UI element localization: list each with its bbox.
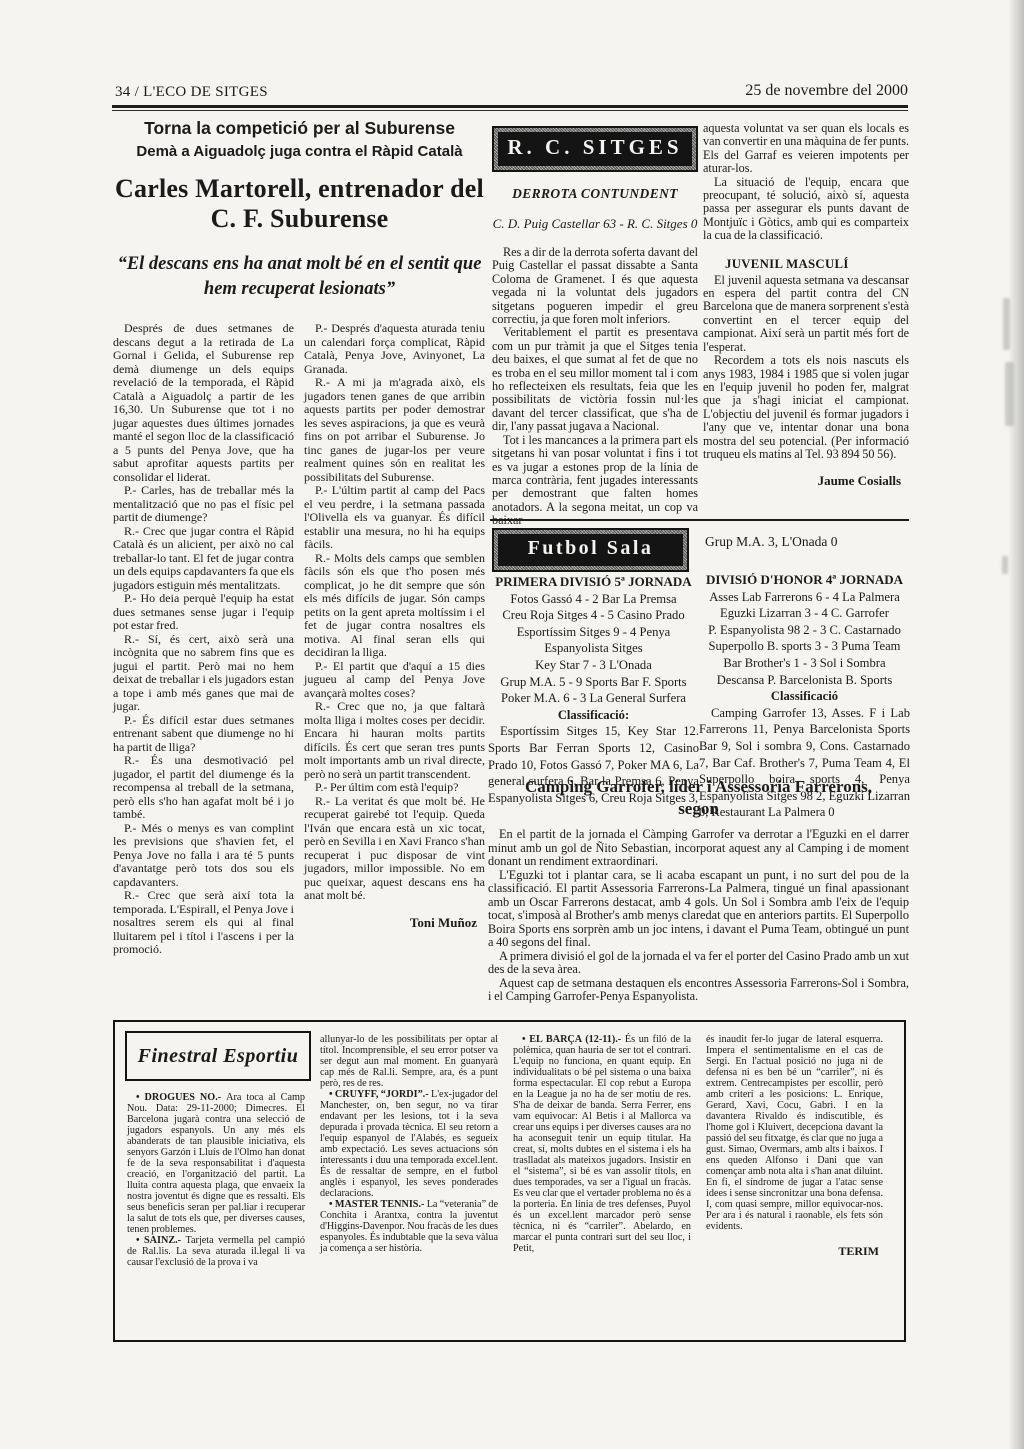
interview-col-2: P.- Després d'aquesta aturada teniu un c… — [304, 322, 485, 957]
paragraph: Esportíssim Sitges 9 - 4 Penya Espanyoli… — [488, 624, 699, 657]
paragraph: P.- Després d'aquesta aturada teniu un c… — [304, 322, 485, 376]
interview-columns: Després de dues setmanes de descans degu… — [113, 322, 486, 957]
camping-body: En el partit de la jornada el Càmping Ga… — [488, 828, 909, 1004]
paragraph: P.- Ho deia perquè l'equip ha estat dues… — [113, 592, 294, 633]
paragraph: P.- Carles, has de treballar més la ment… — [113, 484, 294, 525]
rc-sitges-article: R. C. SITGES DERROTA CONTUNDENT C. D. Pu… — [492, 126, 698, 528]
paragraph-lead: • MASTER TENNIS.- — [329, 1199, 427, 1210]
paragraph: Veritablement el partit es presentava co… — [492, 326, 698, 433]
paragraph: Poker M.A. 6 - 3 La General Surfera — [488, 690, 699, 707]
futbol-sala-banner: Futbol Sala — [498, 534, 683, 566]
paragraph: Res a dir de la derrota soferta davant d… — [492, 246, 698, 326]
rc-subhead: DERROTA CONTUNDENT — [492, 186, 698, 202]
paragraph: Eguzki Lizarran 3 - 4 C. Garrofer — [699, 605, 910, 622]
paragraph: és inaudit fer-lo jugar de lateral esque… — [706, 1034, 883, 1232]
suburense-article: Torna la competició per al Suburense Dem… — [113, 118, 486, 957]
paragraph: Després de dues setmanes de descans degu… — [113, 322, 294, 484]
juvenil-heading: JUVENIL MASCULÍ — [703, 257, 909, 272]
scan-smudge — [1002, 556, 1008, 574]
camping-headline-line2: segon — [488, 798, 909, 820]
article-kicker: Torna la competició per al Suburense — [113, 118, 486, 139]
camping-headline-line1: Camping Garrofer, líder i Assessoria Far… — [488, 776, 909, 798]
rc-sitges-banner-frame: R. C. SITGES — [492, 126, 698, 172]
paragraph: • EL BARÇA (12-11).- És un filó de la po… — [513, 1034, 691, 1254]
paragraph: R.- La veritat és que molt bé. He recupe… — [304, 795, 485, 903]
paragraph: A primera divisió el gol de la jornada e… — [488, 950, 909, 977]
paragraph: R.- A mi ja m'agrada això, els jugadors … — [304, 376, 485, 484]
paragraph: Tot i les mancances a la primera part el… — [492, 434, 698, 528]
futbol-sala-banner-outer: Futbol Sala — [492, 528, 689, 572]
paragraph-lead: • SAINZ.- — [136, 1235, 186, 1246]
issue-date: 25 de novembre del 2000 — [608, 82, 908, 100]
futbol-sala-side-result: Grup M.A. 3, L'Onada 0 — [705, 534, 838, 550]
paragraph-lead: • DROGUES NO.- — [136, 1092, 226, 1103]
paragraph: • CRUYFF, “JORDI”.- L'ex-jugador del Man… — [320, 1089, 498, 1199]
paragraph: Descansa P. Barcelonista B. Sports — [699, 672, 910, 689]
futbol-sala-banner-frame: Futbol Sala — [492, 528, 689, 572]
paragraph: El juvenil aquesta setmana va descansar … — [703, 274, 909, 354]
pull-quote: “El descans ens ha anat molt bé en el se… — [113, 252, 486, 302]
finestral-title: Finestral Esportiu — [125, 1031, 311, 1081]
rc-sitges-continuation: aquesta voluntat va ser quan els locals … — [703, 122, 909, 489]
rc-body: Res a dir de la derrota soferta davant d… — [492, 246, 698, 528]
finestral-esportiu-box: Finestral Esportiu • DROGUES NO.- Ara to… — [113, 1020, 906, 1342]
scan-smudge — [1003, 298, 1010, 350]
primera-results: Fotos Gassó 4 - 2 Bar La PremsaCreu Roja… — [488, 591, 699, 707]
rc-scoreline: C. D. Puig Castellar 63 - R. C. Sitges 0 — [492, 216, 698, 232]
paragraph: • DROGUES NO.- Ara toca al Camp Nou. Dat… — [127, 1092, 305, 1235]
paragraph: Fotos Gassó 4 - 2 Bar La Premsa — [488, 591, 699, 608]
paragraph: La situació de l'equip, encara que preoc… — [703, 176, 909, 243]
finestral-col-1: • DROGUES NO.- Ara toca al Camp Nou. Dat… — [127, 1092, 305, 1268]
paragraph: P.- Més o menys es van complint les prev… — [113, 822, 294, 890]
paragraph: Recordem a tots els nois nascuts els any… — [703, 354, 909, 461]
paragraph: P.- El partit que d'aquí a 15 dies jugue… — [304, 660, 485, 701]
paragraph: • SAINZ.- Tarjeta vermella pel campió de… — [127, 1235, 305, 1268]
primera-divisio-block: PRIMERA DIVISIÓ 5ª JORNADA Fotos Gassó 4… — [488, 574, 699, 806]
honor-title: DIVISIÓ D'HONOR 4ª JORNADA — [699, 572, 910, 589]
paragraph: R.- Crec que jugar contra el Ràpid Catal… — [113, 525, 294, 593]
paragraph: Superpollo B. sports 3 - 3 Puma Team — [699, 638, 910, 655]
paragraph: Grup M.A. 5 - 9 Sports Bar F. Sports — [488, 674, 699, 691]
paragraph: aquesta voluntat va ser quan els locals … — [703, 122, 909, 176]
paragraph: R.- Crec que serà així tota la temporada… — [113, 889, 294, 957]
rc-sitges-banner: R. C. SITGES — [498, 132, 692, 166]
paragraph: R.- Crec que no, ja que faltarà molta ll… — [304, 700, 485, 781]
camping-garrofer-article: Camping Garrofer, líder i Assessoria Far… — [488, 776, 909, 1004]
newspaper-page: 34 / L'ECO DE SITGES 25 de novembre del … — [0, 0, 1024, 1449]
paragraph-lead: • CRUYFF, “JORDI”.- — [329, 1089, 431, 1100]
paragraph-lead: • EL BARÇA (12-11).- — [522, 1034, 625, 1045]
rc-byline: Jaume Cosialls — [703, 473, 909, 489]
paragraph: P.- És difícil estar dues setmanes entre… — [113, 714, 294, 755]
paragraph: R.- És una desmotivació pel jugador, el … — [113, 754, 294, 822]
finestral-byline: TERIM — [706, 1246, 883, 1257]
header-rule-thin — [112, 110, 908, 111]
juvenil-body: El juvenil aquesta setmana va descansar … — [703, 274, 909, 462]
paragraph: Aquest cap de setmana destaquen els enco… — [488, 977, 909, 1004]
paragraph: Asses Lab Farrerons 6 - 4 La Palmera — [699, 589, 910, 606]
paragraph: P.- Per últim com està l'equip? — [304, 781, 485, 795]
paragraph: P. Espanyolista 98 2 - 3 C. Castarnado — [699, 622, 910, 639]
paragraph: P.- L'últim partit al camp del Pacs el v… — [304, 484, 485, 552]
primera-classif-label: Classificació: — [488, 707, 699, 724]
paragraph: allunyar-lo de les possibilitats per opt… — [320, 1034, 498, 1089]
article-headline: Carles Martorell, entrenador del C. F. S… — [113, 174, 486, 234]
finestral-col-2: allunyar-lo de les possibilitats per opt… — [320, 1034, 498, 1254]
paragraph: Key Star 7 - 3 L'Onada — [488, 657, 699, 674]
paragraph: En el partit de la jornada el Càmping Ga… — [488, 828, 909, 869]
scan-edge-shadow — [1008, 0, 1024, 1449]
paragraph: R.- Molts dels camps que semblen fàcils … — [304, 552, 485, 660]
finestral-col-4-text: és inaudit fer-lo jugar de lateral esque… — [706, 1034, 883, 1232]
paragraph: R.- Sí, és cert, això serà una incògnita… — [113, 633, 294, 714]
masthead-page-number: 34 / L'ECO DE SITGES — [115, 84, 268, 101]
header-rule-thick — [112, 105, 908, 108]
interview-byline: Toni Muñoz — [304, 915, 485, 931]
futbol-sala-rule — [490, 519, 909, 521]
paragraph: • MASTER TENNIS.- La “veterania” de Conc… — [320, 1199, 498, 1254]
honor-results: Asses Lab Farrerons 6 - 4 La PalmeraEguz… — [699, 589, 910, 689]
scan-smudge — [1005, 362, 1014, 426]
paragraph: L'Eguzki tot i plantar cara, se li acaba… — [488, 869, 909, 950]
paragraph: Creu Roja Sitges 4 - 5 Casino Prado — [488, 607, 699, 624]
interview-col-1: Després de dues setmanes de descans degu… — [113, 322, 294, 957]
primera-title: PRIMERA DIVISIÓ 5ª JORNADA — [488, 574, 699, 591]
finestral-col-3: • EL BARÇA (12-11).- És un filó de la po… — [513, 1034, 691, 1254]
finestral-col-4: és inaudit fer-lo jugar de lateral esque… — [706, 1034, 883, 1257]
article-subkicker: Demà a Aiguadolç juga contra el Ràpid Ca… — [113, 143, 486, 160]
paragraph: Bar Brother's 1 - 3 Sol i Sombra — [699, 655, 910, 672]
honor-classif-label: Classificació — [699, 688, 910, 705]
interview-col-2-text: P.- Després d'aquesta aturada teniu un c… — [304, 322, 485, 903]
rc-cont-body: aquesta voluntat va ser quan els locals … — [703, 122, 909, 243]
